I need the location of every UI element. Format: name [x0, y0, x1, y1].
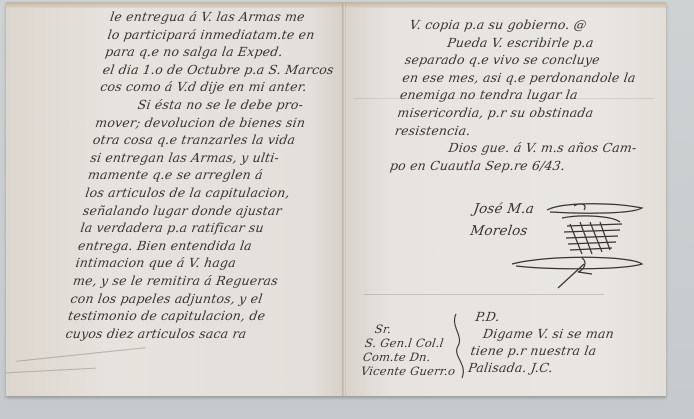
paper-crease [16, 347, 145, 362]
text-line: cos como á V.d dije en mi anter. [99, 78, 332, 96]
text-line: me, y se le remitira á Regueras [72, 272, 305, 290]
text-line: mamente q.e se arreglen á [87, 166, 320, 184]
left-page-text: le entregua á V. las Armas me lo partici… [65, 8, 343, 342]
address-line: Com.te Dn. [362, 350, 458, 364]
right-page: V. copia p.a su gobierno. @ Pueda V. esc… [344, 2, 666, 396]
postscript-line: Palisada. J.C. [467, 359, 610, 376]
top-stain [344, 2, 666, 8]
text-line: enemiga no tendra lugar la [399, 86, 645, 104]
postscript-line: P.D. [474, 308, 617, 325]
text-line: en ese mes, asi q.e perdonandole la [401, 69, 647, 87]
text-line: testimonio de capitulacion, de [67, 307, 300, 325]
text-line: entrega. Bien entendida la [77, 237, 310, 255]
text-line: si entregan las Armas, y ulti- [89, 149, 322, 167]
text-line: intimacion que á V. haga [74, 254, 307, 272]
text-line: V. copia p.a su gobierno. @ [409, 16, 655, 34]
text-line: mover; devolucion de bienes sin [94, 114, 327, 132]
text-line: separado q.e vivo se concluye [404, 51, 650, 69]
text-line: po en Cuautla Sep.re 6/43. [389, 157, 635, 175]
text-line: los articulos de la capitulacion, [84, 184, 317, 202]
text-line: Si ésta no se le debe pro- [97, 96, 330, 114]
text-line: el dia 1.o de Octubre p.a S. Marcos [102, 61, 335, 79]
text-line: para q.e no salga la Exped. [104, 43, 337, 61]
text-line: con los papeles adjuntos, y el [69, 290, 302, 308]
text-line: Dios gue. á V. m.s años Cam- [391, 139, 637, 157]
text-line: cuyos diez articulos saca ra [65, 325, 298, 343]
left-page: le entregua á V. las Armas me lo partici… [6, 2, 344, 396]
right-page-text: V. copia p.a su gobierno. @ Pueda V. esc… [389, 16, 655, 174]
paper-crease [364, 294, 604, 295]
postscript-note: P.D. Digame V. si se man tiene p.r nuest… [467, 308, 617, 376]
text-line: Pueda V. escribirle p.a [406, 34, 652, 52]
text-line: lo participará inmediatam.te en [107, 26, 340, 44]
center-fold [342, 2, 346, 396]
text-line: le entregua á V. las Armas me [109, 8, 342, 26]
address-line: Vicente Guerr.o [360, 364, 456, 378]
signature-rubric-icon [492, 198, 652, 290]
postscript-line: Digame V. si se man [472, 325, 615, 342]
text-line: misericordia, p.r su obstinada [396, 104, 642, 122]
text-line: señalando lugar donde ajustar [82, 202, 315, 220]
text-line: otra cosa q.e tranzarles la vida [92, 131, 325, 149]
text-line: resistencia. [394, 122, 640, 140]
paper-crease [6, 368, 96, 374]
text-line: la verdadera p.a ratificar su [79, 219, 312, 237]
postscript-line: tiene p.r nuestra la [470, 342, 613, 359]
